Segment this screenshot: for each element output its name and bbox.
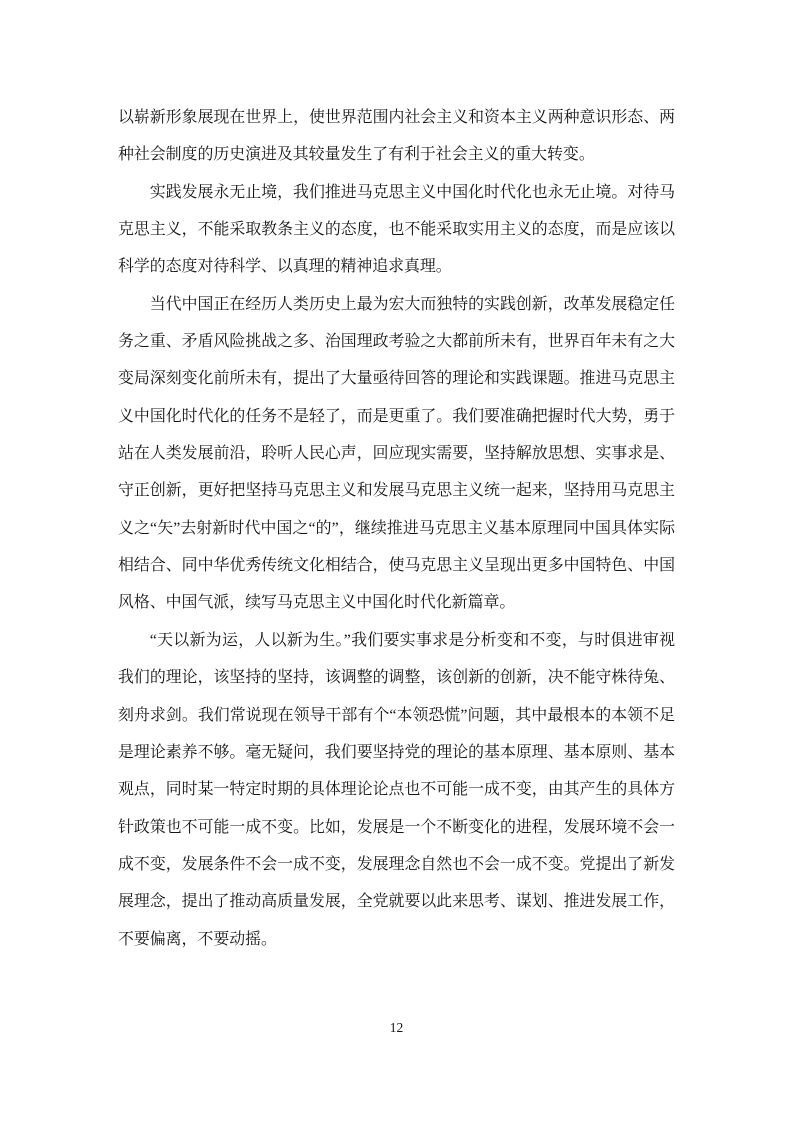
page-footer: 12 bbox=[0, 1020, 793, 1036]
document-page: 以崭新形象展现在世界上，使世界范围内社会主义和资本主义两种意识形态、两种社会制度… bbox=[0, 0, 793, 1122]
paragraph: 实践发展永无止境，我们推进马克思主义中国化时代化也永无止境。对待马克思主义，不能… bbox=[118, 174, 675, 286]
page-number: 12 bbox=[390, 1020, 404, 1035]
paragraph: “天以新为运，人以新为生。”我们要实事求是分析变和不变，与时俱进审视我们的理论，… bbox=[118, 622, 675, 958]
paragraph: 以崭新形象展现在世界上，使世界范围内社会主义和资本主义两种意识形态、两种社会制度… bbox=[118, 99, 675, 174]
paragraph: 当代中国正在经历人类历史上最为宏大而独特的实践创新，改革发展稳定任务之重、矛盾风… bbox=[118, 286, 675, 622]
body-text: 以崭新形象展现在世界上，使世界范围内社会主义和资本主义两种意识形态、两种社会制度… bbox=[118, 99, 675, 958]
